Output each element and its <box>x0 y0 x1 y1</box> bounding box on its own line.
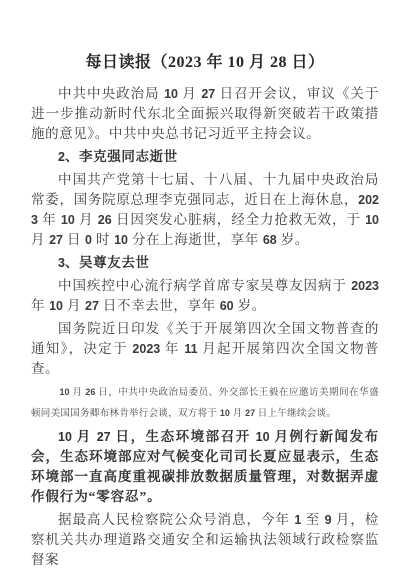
paragraph: 中国疾控中心流行病学首席专家吴尊友因病于 2023 年 10 月 27 日不幸去… <box>31 276 379 316</box>
paragraph: 10 月 26 日，中共中央政治局委员、外交部长王毅在应邀访美期间在华盛顿同美国… <box>31 382 379 424</box>
paragraph: 3、吴尊友去世 <box>31 253 379 273</box>
page-title: 每日读报（2023 年 10 月 28 日） <box>31 52 379 74</box>
paragraph: 10 月 27 日，生态环境部召开 10 月例行新闻发布会，生态环境部应对气候变… <box>31 427 379 507</box>
paragraph: 2、李克强同志逝世 <box>31 147 379 167</box>
paragraph: 中国共产党第十七届、十八届、十九届中央政治局常委，国务院原总理李克强同志，近日在… <box>31 170 379 250</box>
paragraph: 中共中央政治局 10 月 27 日召开会议，审议《关于进一步推动新时代东北全面振… <box>31 84 379 144</box>
document-body: 中共中央政治局 10 月 27 日召开会议，审议《关于进一步推动新时代东北全面振… <box>31 84 379 570</box>
paragraph: 据最高人民检察院公众号消息，今年 1 至 9 月，检察机关共办理道路交通安全和运… <box>31 510 379 570</box>
document-page: 每日读报（2023 年 10 月 28 日） 中共中央政治局 10 月 27 日… <box>0 0 410 580</box>
paragraph: 国务院近日印发《关于开展第四次全国文物普查的通知》，决定于 2023 年 11 … <box>31 319 379 379</box>
